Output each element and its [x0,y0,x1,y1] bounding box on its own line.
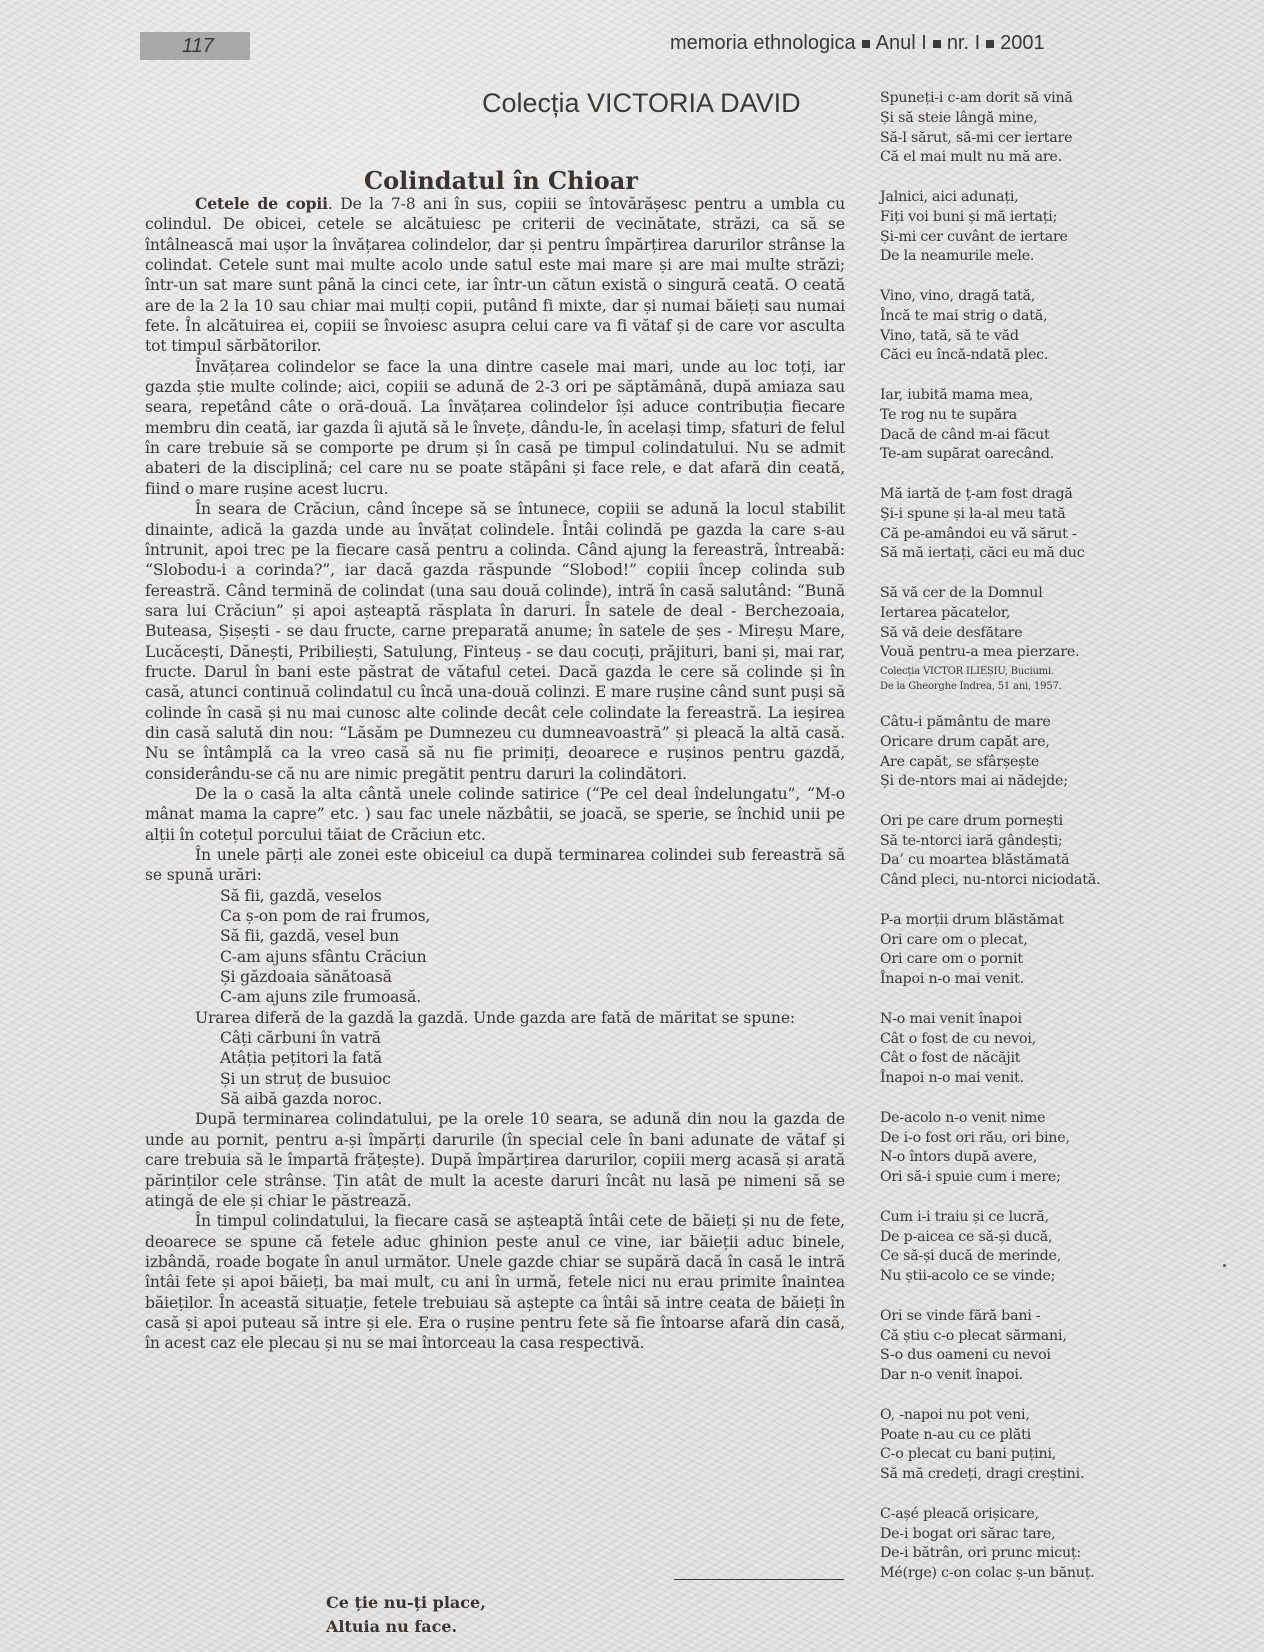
poem-line: Jalnici, aici adunați, [880,188,1140,208]
paragraph-lead: Cetele de copii [195,194,328,213]
poem-line: De-i bogat ori sărac tare, [880,1525,1140,1545]
poem-line: Și-i spune și la-al meu tată [880,505,1140,525]
poem-line: De p-aicea ce să-și ducă, [880,1228,1140,1248]
poem-line: Oricare drum capăt are, [880,733,1140,753]
poem-line: Iar, iubită mama mea, [880,386,1140,406]
poem-line: Căci eu încă-ndată plec. [880,346,1140,366]
journal-name: memoria ethnologica [670,32,856,54]
poem-line: De i-o fost ori rău, ori bine, [880,1129,1140,1149]
poem-stanza: C-așé pleacă orișicare,De-i bogat ori să… [880,1505,1140,1584]
poem-stanza: O, -napoi nu pot veni,Poate n-au cu ce p… [880,1406,1140,1485]
paragraph: De la o casă la alta cântă unele colinde… [145,784,845,845]
poem-line: C-o plecat cu bani puțini, [880,1445,1140,1465]
poem-line: Să vă deie desfătare [880,624,1140,644]
year-label: Anul I [876,32,927,54]
poem-line: Că el mai mult nu mă are. [880,148,1140,168]
poem-line: Ori să-i spuie cum i mere; [880,1168,1140,1188]
poem-stanza: Iar, iubită mama mea,Te rog nu te supăra… [880,386,1140,465]
poem-stanza: Vino, vino, dragă tată,Încă te mai strig… [880,287,1140,366]
poem-line: Cât o fost de năcăjit [880,1049,1140,1069]
poem-line: Să mă iertați, căci eu mă duc [880,544,1140,564]
poem-line: O, -napoi nu pot veni, [880,1406,1140,1426]
scan-speck [1223,1264,1226,1267]
square-bullet-icon [933,40,941,48]
poem-line: De-acolo n-o venit nime [880,1109,1140,1129]
poem-line: Să mă credeți, dragi creștini. [880,1465,1140,1485]
poem-line: Ori pe care drum pornești [880,812,1140,832]
poem-stanza: Jalnici, aici adunați,Fiți voi buni și m… [880,188,1140,267]
issue-year: 2001 [1000,32,1045,54]
poem-line: Că știu c-o plecat sărmani, [880,1327,1140,1347]
poem-line: Da’ cu moartea blăstămată [880,851,1140,871]
poem-line: Poate n-au cu ce plăti [880,1426,1140,1446]
poem-line: Înapoi n-o mai venit. [880,1069,1140,1089]
poem-line: Ori se vinde fără bani - [880,1307,1140,1327]
poem-stanza: N-o mai venit înapoiCât o fost de cu nev… [880,1010,1140,1089]
poem-line: De la neamurile mele. [880,247,1140,267]
poem-line: Că pe-amândoi eu vă sărut - [880,525,1140,545]
poem-line: N-o întors după avere, [880,1148,1140,1168]
poem-line: N-o mai venit înapoi [880,1010,1140,1030]
poem-line: Nu știi-acolo ce se vinde; [880,1267,1140,1287]
square-bullet-icon [862,40,870,48]
collection-credit: Colecția VICTOR ILIEȘIU, Buciumi. [880,665,1140,678]
poem-line: Te-am supărat oarecând. [880,445,1140,465]
funeral-poem-column: Spuneți-i c-am dorit să vinăȘi să steie … [880,89,1140,1604]
poem-line: P-a morții drum blăstămat [880,911,1140,931]
poem-line: Cât o fost de cu nevoi, [880,1030,1140,1050]
poem-stanza: Spuneți-i c-am dorit să vinăȘi să steie … [880,89,1140,168]
poem-stanza: Să vă cer de la DomnulIertarea păcatelor… [880,584,1140,693]
paragraph: În seara de Crăciun, când începe să se î… [145,499,845,784]
verse-marriage-blessing: Câți cărbuni în vatră Atâția pețitori la… [145,1028,845,1109]
poem-line: Vouă pentru-a mea pierzare. [880,643,1140,663]
poem-line: Cum i-i traiu și ce lucră, [880,1208,1140,1228]
collection-credit: De la Gheorghe Indrea, 51 ani, 1957. [880,680,1140,693]
closing-proverb: Ce ție nu-ți place, Altuia nu face. [326,1591,486,1639]
poem-line: C-așé pleacă orișicare, [880,1505,1140,1525]
running-header: memoria ethnologicaAnul Inr. I2001 [670,32,1045,55]
paragraph: Cetele de copii. De la 7-8 ani în sus, c… [145,194,845,357]
verse-blessing: Să fii, gazdă, veselos Ca ș-on pom de ra… [145,886,845,1008]
square-bullet-icon [986,40,994,48]
poem-line: Și de-ntors mai ai nădejde; [880,772,1140,792]
poem-line: Înapoi n-o mai venit. [880,970,1140,990]
paragraph: În unele părți ale zonei este obiceiul c… [145,845,845,886]
poem-line: Are capăt, se sfârșește [880,753,1140,773]
poem-line: Te rog nu te supăra [880,406,1140,426]
poem-line: Iertarea păcatelor, [880,604,1140,624]
poem-line: Să vă cer de la Domnul [880,584,1140,604]
poem-line: Vino, vino, dragă tată, [880,287,1140,307]
poem-line: Câtu-i pământu de mare [880,713,1140,733]
poem-line: Dar n-o venit înapoi. [880,1366,1140,1386]
poem-stanza: Ori pe care drum porneștiSă te-ntorci ia… [880,812,1140,891]
poem-stanza: P-a morții drum blăstămatOri care om o p… [880,911,1140,990]
page-number: 117 [140,32,250,60]
poem-line: Să te-ntorci iară gândești; [880,832,1140,852]
poem-line: Spuneți-i c-am dorit să vină [880,89,1140,109]
poem-stanza: Cum i-i traiu și ce lucră,De p-aicea ce … [880,1208,1140,1287]
poem-line: Și să steie lângă mine, [880,109,1140,129]
paragraph: Învățarea colindelor se face la una dint… [145,357,845,499]
poem-line: Și-mi cer cuvânt de iertare [880,228,1140,248]
poem-line: Mé(rge) c-on colac ș-un bănuț. [880,1564,1140,1584]
paragraph: În timpul colindatului, la fiecare casă … [145,1211,845,1353]
poem-line: Ori care om o pornit [880,950,1140,970]
poem-line: S-o dus oameni cu nevoi [880,1346,1140,1366]
poem-stanza: Câtu-i pământu de mareOricare drum capăt… [880,713,1140,792]
scanned-journal-page: 117 memoria ethnologicaAnul Inr. I2001 C… [0,0,1264,1652]
poem-line: Să-l sărut, să-mi cer iertare [880,129,1140,149]
poem-line: Vino, tată, să te văd [880,327,1140,347]
poem-stanza: Mă iartă de ț-am fost dragăȘi-i spune și… [880,485,1140,564]
issue-label: nr. I [947,32,980,54]
poem-line: De-i bătrân, ori prunc micuț: [880,1544,1140,1564]
collection-heading: Colecția VICTORIA DAVID [482,88,801,119]
poem-stanza: Ori se vinde fără bani -Că știu c-o plec… [880,1307,1140,1386]
poem-line: Mă iartă de ț-am fost dragă [880,485,1140,505]
poem-line: Încă te mai strig o dată, [880,307,1140,327]
poem-line: Când pleci, nu-ntorci niciodată. [880,871,1140,891]
paragraph: Urarea diferă de la gazdă la gazdă. Unde… [145,1008,845,1028]
article-title: Colindatul în Chioar [364,166,638,195]
article-body: Cetele de copii. De la 7-8 ani în sus, c… [145,194,845,1354]
poem-line: Fiți voi buni și mă iertați; [880,208,1140,228]
poem-line: Dacă de când m-ai făcut [880,426,1140,446]
paragraph: După terminarea colindatului, pe la orel… [145,1109,845,1211]
poem-line: Ori care om o plecat, [880,931,1140,951]
divider-rule [674,1579,844,1580]
poem-stanza: De-acolo n-o venit nimeDe i-o fost ori r… [880,1109,1140,1188]
poem-line: Ce să-și ducă de merinde, [880,1247,1140,1267]
